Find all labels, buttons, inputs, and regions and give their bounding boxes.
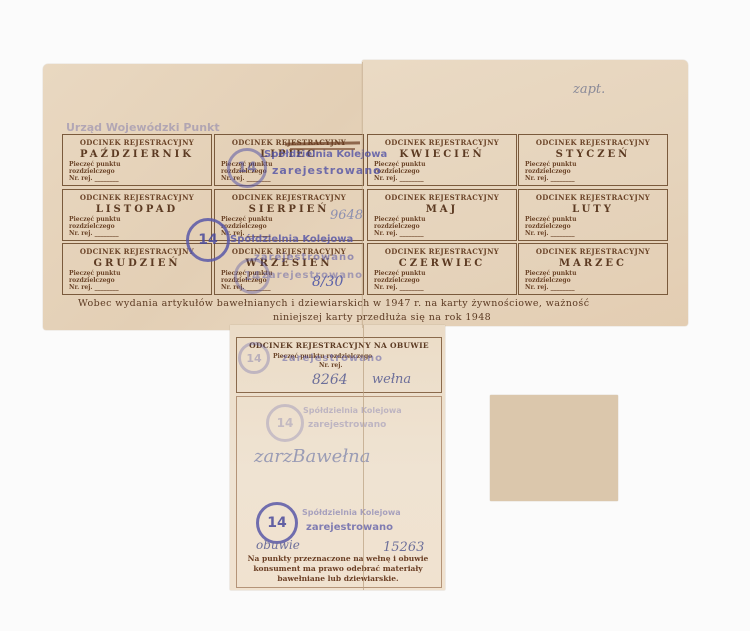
coupon-stamp-label: Pieczęć punkturozdzielczego (374, 161, 425, 175)
coupon-reg-label: Nr. rej. ________ (374, 230, 424, 237)
coupon-month: LUTY (519, 204, 667, 215)
coupon-month: MARZEC (519, 258, 667, 269)
handwritten-stub-word: zarzBawełna (254, 446, 370, 467)
faded-office-stamp: Urząd Wojewódzki Punkt (66, 121, 220, 134)
coupon-header: ODCINEK REJESTRACYJNY (519, 247, 667, 256)
coupon-stamp-label: Pieczęć punkturozdzielczego (525, 270, 576, 284)
coupon-header: ODCINEK REJESTRACYJNY (519, 138, 667, 147)
handwritten-note: zapt. (573, 82, 605, 97)
coupon-month: LISTOPAD (63, 204, 211, 215)
paper-scrap (490, 395, 618, 501)
coupon-header: ODCINEK REJESTRACYJNY (63, 138, 211, 147)
coupon-month: GRUDZIEŃ (63, 258, 211, 269)
coupon-stamp-label: Pieczęć punkturozdzielczego (374, 216, 425, 230)
handwritten-shoe-number: 8264 (312, 372, 348, 388)
coupon-header: ODCINEK REJESTRACYJNY (63, 193, 211, 202)
coupon-październik: ODCINEK REJESTRACYJNYPAŹDZIERNIKPieczęć … (62, 134, 212, 186)
coupon-reg-label: Nr. rej. ________ (69, 284, 119, 291)
coupon-month: PAŹDZIERNIK (63, 149, 211, 160)
coupon-luty: ODCINEK REJESTRACYJNYLUTYPieczęć punktur… (518, 189, 668, 241)
coupon-header: ODCINEK REJESTRACYJNY (519, 193, 667, 202)
stub-stamp-circle-faded: 14 (266, 404, 304, 442)
coupon-month: STYCZEŃ (519, 149, 667, 160)
extension-notice-line1: Wobec wydania artykułów bawełnianych i d… (78, 298, 589, 309)
stub-registered-stamp: zarejestrowano (306, 522, 393, 533)
coupon-header: ODCINEK REJESTRACYJNY (368, 193, 516, 202)
coupon-reg-label: Nr. rej. ________ (69, 175, 119, 182)
coupon-kwiecień: ODCINEK REJESTRACYJNYKWIECIEŃPieczęć pun… (367, 134, 517, 186)
handwritten-stub-number: 15263 (383, 540, 424, 555)
coupon-reg-label: Nr. rej. ________ (69, 230, 119, 237)
coupon-stamp-label: Pieczęć punkturozdzielczego (69, 161, 120, 175)
shoe-stamp-circle: 14 (238, 342, 270, 374)
coupon-styczeń: ODCINEK REJESTRACYJNYSTYCZEŃPieczęć punk… (518, 134, 668, 186)
handwritten-number-wrzesien: 8/30 (312, 274, 343, 290)
coupon-stamp-label: Pieczęć punkturozdzielczego (374, 270, 425, 284)
coupon-marzec: ODCINEK REJESTRACYJNYMARZECPieczęć punkt… (518, 243, 668, 295)
coupon-header: ODCINEK REJESTRACYJNY (368, 247, 516, 256)
stub-stamp-name: Spółdzielnia Kolejowa (302, 508, 401, 517)
coupon-stamp-label: Pieczęć punkturozdzielczego (525, 216, 576, 230)
handwritten-stub-signature: obuwie (256, 538, 300, 552)
stub-notice: Na punkty przeznaczone na wełnę i obuwie… (238, 554, 438, 584)
shoe-registered-stamp: zarejestrowano (282, 353, 383, 364)
coupon-stamp-label: Pieczęć punkturozdzielczego (221, 216, 272, 230)
coupon-header: ODCINEK REJESTRACYJNY (368, 138, 516, 147)
center-fold (362, 62, 363, 328)
registered-stamp: zarejestrowano (272, 164, 382, 177)
cooperative-stamp-name: Spółdzielnia Kolejowa (264, 149, 387, 160)
coupon-reg-label: Nr. rej. ________ (525, 175, 575, 182)
coupon-month: MAJ (368, 204, 516, 215)
cooperative-stamp-circle-2: 14 (186, 218, 230, 262)
coupon-reg-label: Nr. rej. ________ (525, 230, 575, 237)
extension-notice-line2: niniejszej karty przedłuża się na rok 19… (273, 312, 491, 323)
coupon-month: KWIECIEŃ (368, 149, 516, 160)
stub-registered-faded: zarejestrowano (308, 420, 386, 430)
coupon-header: ODCINEK REJESTRACYJNY (215, 193, 363, 202)
coupon-month: CZERWIEC (368, 258, 516, 269)
coupon-stamp-label: Pieczęć punkturozdzielczego (69, 270, 120, 284)
cooperative-stamp-circle: 14 (227, 148, 267, 188)
coupon-stamp-label: Pieczęć punkturozdzielczego (525, 161, 576, 175)
coupon-maj: ODCINEK REJESTRACYJNYMAJPieczęć punkturo… (367, 189, 517, 241)
strike-mark-2 (290, 148, 355, 150)
fold-line (363, 325, 364, 590)
handwritten-number-sierpien: 9648 (330, 208, 363, 223)
registered-stamp-2: zarejestrowano (254, 252, 355, 263)
coupon-reg-label: Nr. rej. ________ (525, 284, 575, 291)
handwritten-shoe-word: wełna (372, 372, 411, 387)
coupon-czerwiec: ODCINEK REJESTRACYJNYCZERWIECPieczęć pun… (367, 243, 517, 295)
stub-stamp-name-faded: Spółdzielnia Kolejowa (303, 406, 402, 415)
coupon-reg-label: Nr. rej. ________ (374, 284, 424, 291)
coupon-stamp-label: Pieczęć punkturozdzielczego (69, 216, 120, 230)
cooperative-stamp-name-2: Spółdzielnia Kolejowa (230, 234, 353, 245)
